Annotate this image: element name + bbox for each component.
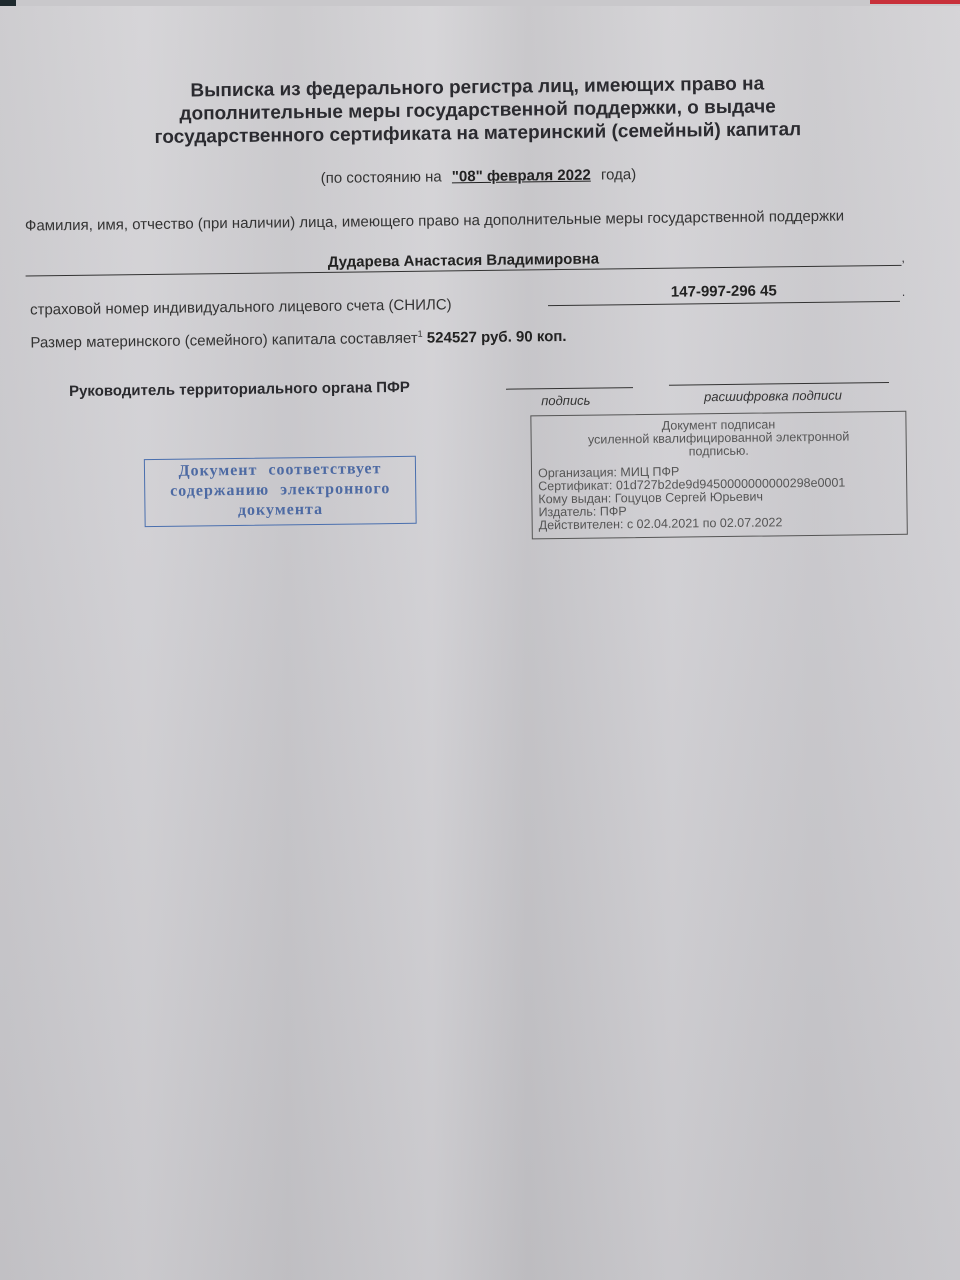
signature-caption: подпись	[541, 393, 590, 409]
electronic-signature-box: Документ подписан усиленной квалифициров…	[530, 411, 907, 540]
head-of-office-label: Руководитель территориального органа ПФР	[69, 379, 410, 400]
snils-punctuation: .	[902, 285, 906, 299]
as-of-date: "08" февраля 2022	[452, 167, 591, 186]
conformity-stamp: Документ соответствует содержанию электр…	[144, 456, 417, 527]
esign-header: Документ подписан усиленной квалифициров…	[537, 417, 899, 460]
capital-line: Размер материнского (семейного) капитала…	[30, 327, 566, 352]
capital-label: Размер материнского (семейного) капитала…	[30, 330, 417, 352]
signature-line	[506, 387, 633, 390]
signature-decode-line	[669, 382, 889, 386]
document-content: Выписка из федерального регистра лиц, им…	[0, 0, 960, 612]
snils-value: 147-997-296 45	[548, 281, 900, 302]
footnote-mark: 1	[418, 329, 423, 339]
fio-label: Фамилия, имя, отчество (при наличии) лиц…	[25, 204, 865, 238]
stamp-line: документа	[145, 499, 415, 522]
snils-label: страховой номер индивидуального лицевого…	[30, 296, 452, 318]
as-of-date-line: (по состоянию на "08" февраля 2022 года)	[198, 165, 758, 189]
as-of-suffix: года)	[601, 166, 636, 183]
stamp-line: содержанию электронного	[145, 479, 415, 502]
document-title: Выписка из федерального регистра лиц, им…	[117, 72, 838, 150]
as-of-prefix: (по состоянию на	[321, 168, 442, 186]
capital-amount: 524527 руб. 90 коп.	[427, 328, 567, 347]
signature-decode-caption: расшифровка подписи	[704, 388, 842, 405]
paper-sheet: Выписка из федерального регистра лиц, им…	[0, 6, 960, 1280]
fio-punctuation: ,	[901, 251, 905, 265]
esign-validity: Действителен: с 02.04.2021 по 02.07.2022	[539, 515, 901, 532]
snils-underline	[548, 301, 900, 306]
